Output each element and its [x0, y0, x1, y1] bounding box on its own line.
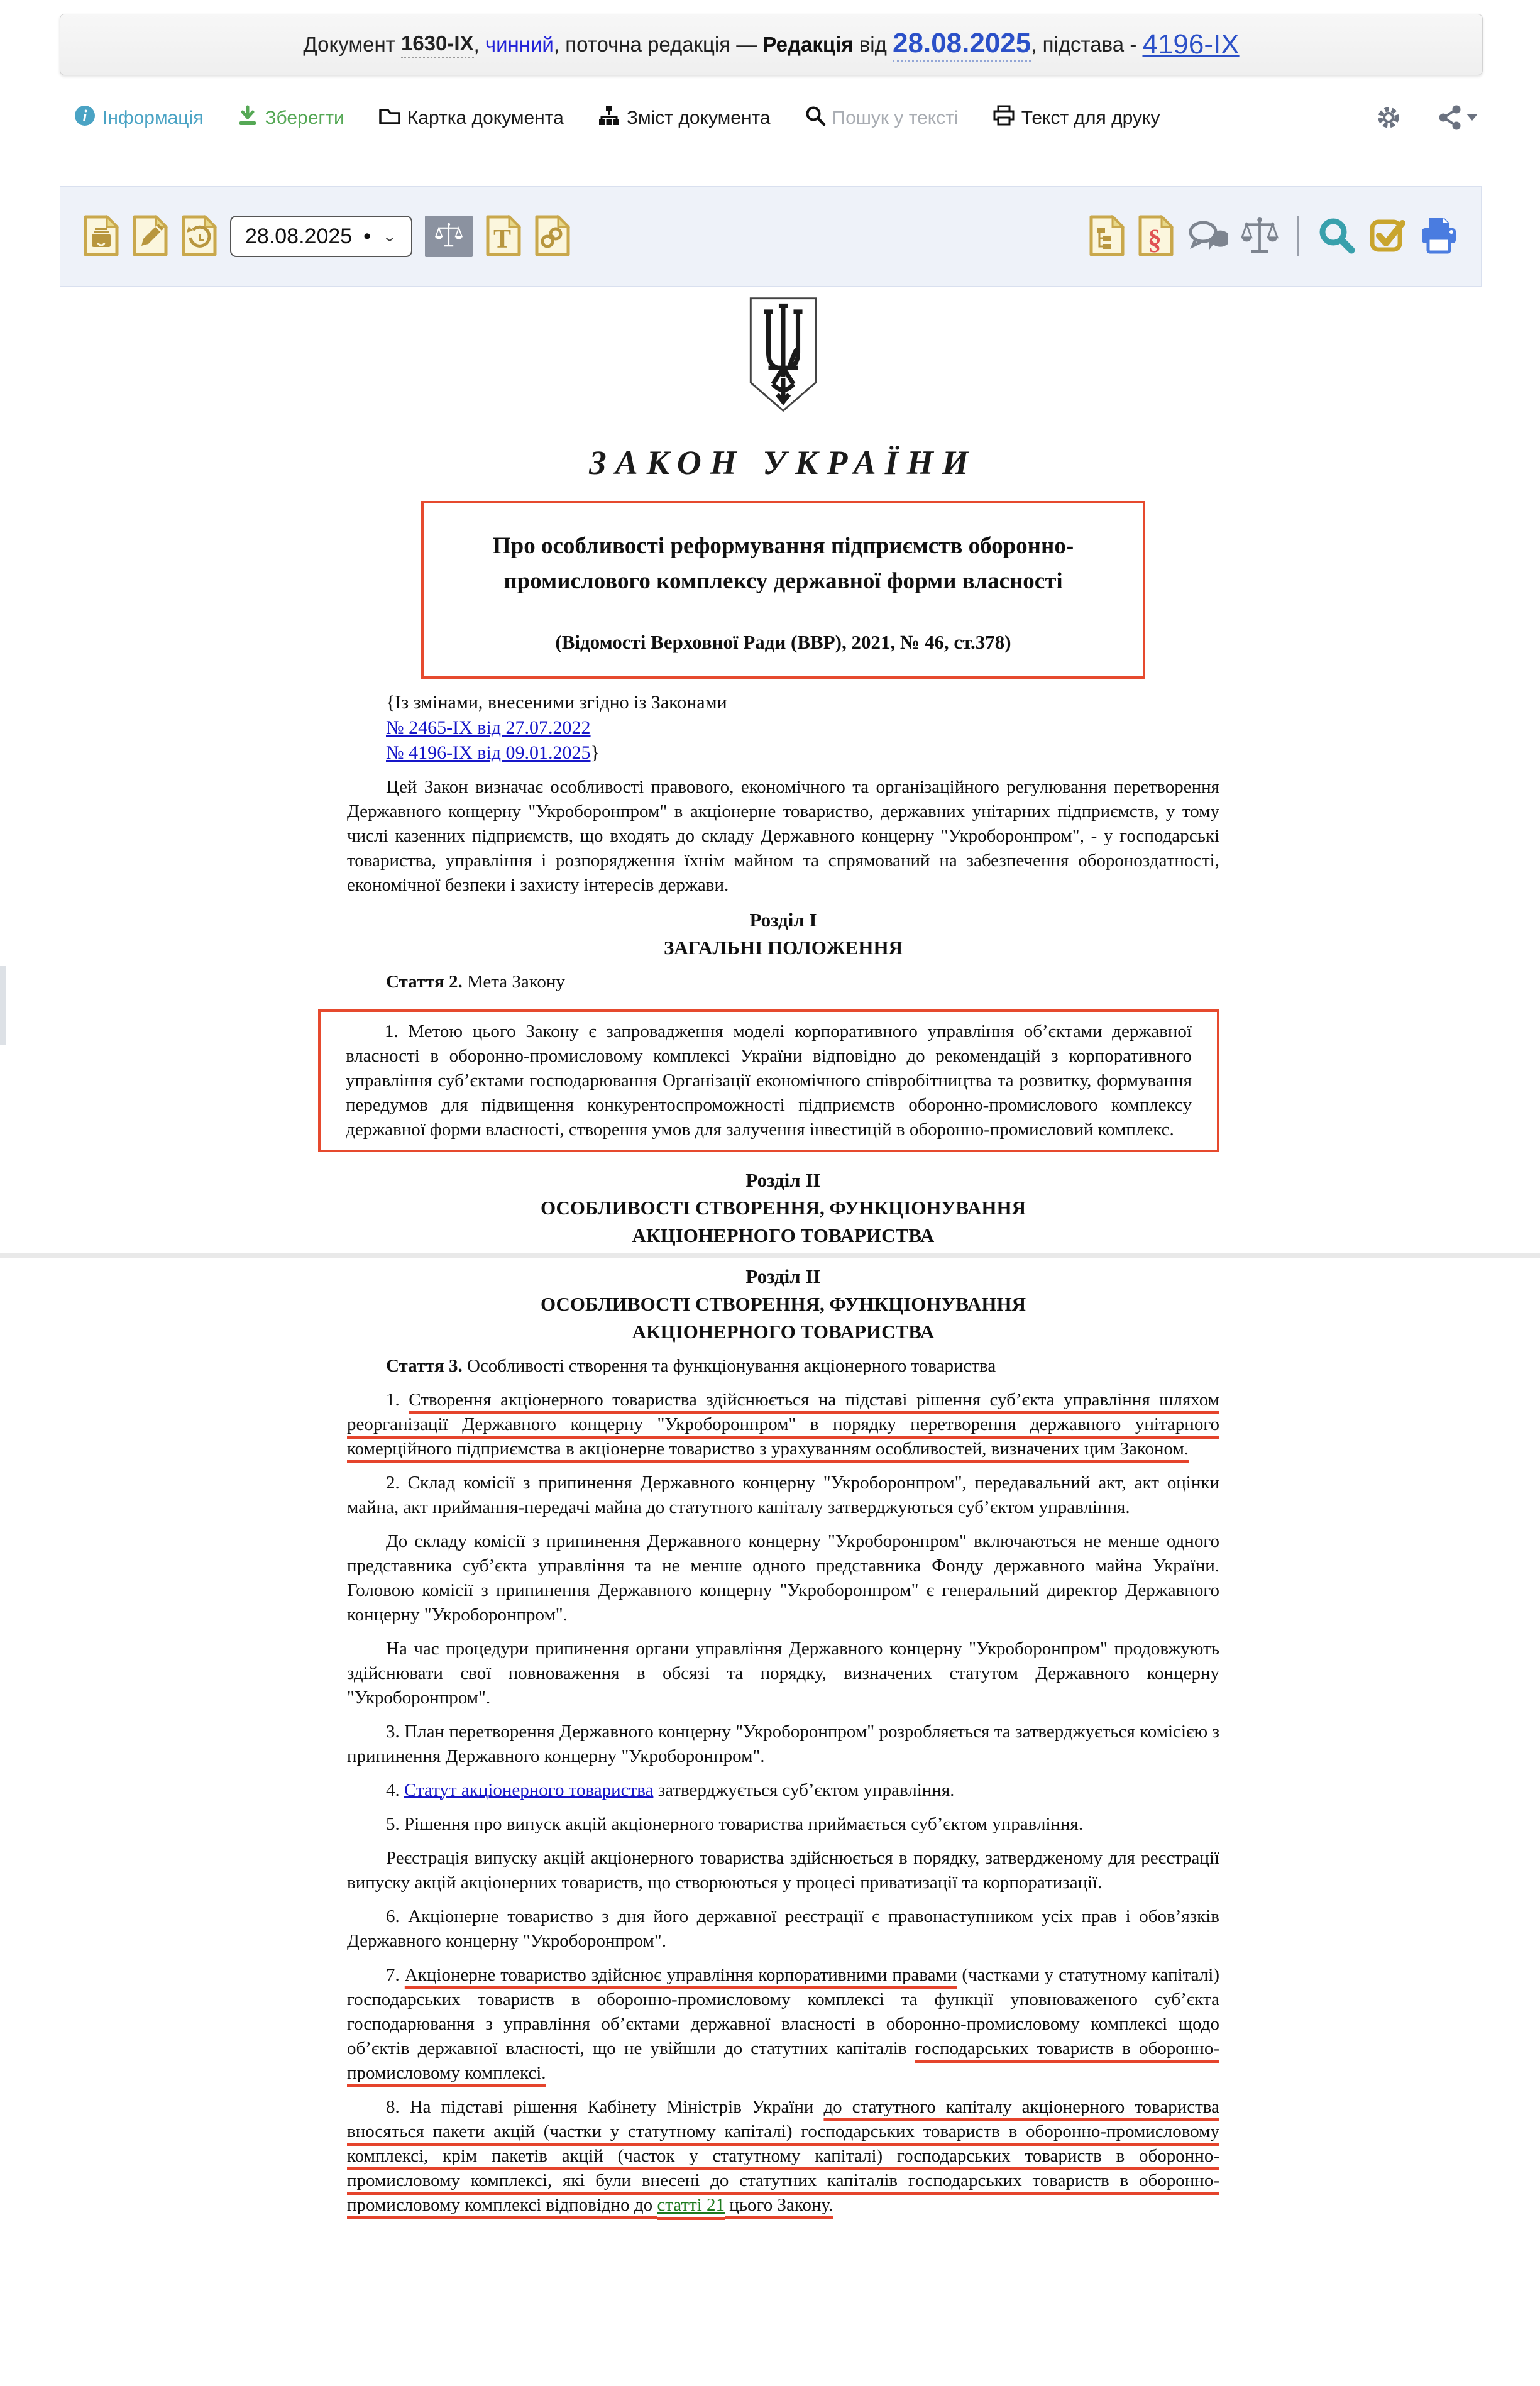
basis-document-link[interactable]: 4196-IX — [1142, 29, 1239, 60]
amendments-intro: {Із змінами, внесеними згідно із Законам… — [347, 690, 1219, 715]
document-history-icon — [181, 215, 217, 258]
text-segment: затверджується суб’єктом управління. — [653, 1780, 954, 1800]
text-segment: Стаття 3. — [386, 1356, 463, 1376]
document-link-button[interactable] — [534, 215, 571, 258]
highlighted-paragraph-box: 1. Метою цього Закону є запровадження мо… — [318, 1009, 1219, 1152]
scrollbar-remnant[interactable] — [0, 966, 6, 1045]
text-segment: На час процедури припинення органи управ… — [347, 1639, 1219, 1708]
document-number[interactable]: 1630-IX — [401, 31, 474, 58]
text-segment: Розділ I — [749, 909, 817, 931]
document-card-button[interactable]: Картка документа — [378, 105, 564, 131]
paragraph: 3. План перетворення Державного концерну… — [347, 1720, 1219, 1769]
ukraine-trident-icon — [746, 405, 820, 416]
document-stamp-icon — [83, 215, 119, 258]
section-heading: ЗАГАЛЬНІ ПОЛОЖЕННЯ — [347, 935, 1219, 960]
amendment-law-link[interactable]: № 2465-IX від 27.07.2022 — [386, 717, 591, 738]
settings-icon — [1375, 104, 1402, 133]
toolbar-right-group: § — [1089, 215, 1458, 258]
document-structure-icon — [1089, 215, 1125, 258]
document-toolbar: 28.08.2025 • ⌄ T § — [60, 186, 1482, 287]
inline-link[interactable]: статті 21 — [657, 2195, 725, 2220]
text-segment: 7. — [386, 1965, 405, 1985]
section-heading: Розділ II — [347, 1167, 1219, 1193]
stitch-seam — [0, 1253, 1540, 1258]
select-mode-button[interactable] — [1369, 217, 1407, 256]
law-title-box: Про особливості реформування підприємств… — [421, 501, 1145, 679]
text-segment: Розділ II — [745, 1265, 820, 1287]
amendments-closing: } — [591, 742, 600, 763]
paragraph: На час процедури припинення органи управ… — [347, 1637, 1219, 1710]
share-button[interactable] — [1436, 104, 1482, 133]
paragraph: Реєстрація випуску акцій акціонерного то… — [347, 1846, 1219, 1895]
document-contents-button[interactable]: Зміст документа — [598, 104, 771, 132]
document-status-bar: Документ 1630-IX, чинний, поточна редакц… — [60, 14, 1483, 75]
document-view: ЗАКОН УКРАЇНИ Про особливості реформуван… — [347, 295, 1219, 2227]
text-segment: Особливості створення та функціонування … — [463, 1356, 996, 1376]
share-icon — [1436, 104, 1482, 133]
law-text-body: Цей Закон визначає особливості правового… — [347, 775, 1219, 2218]
paragraph: 7. Акціонерне товариство здійснює управл… — [347, 1963, 1219, 2086]
text-segment: Реєстрація випуску акцій акціонерного то… — [347, 1848, 1219, 1893]
document-text-button[interactable]: T — [485, 215, 522, 258]
search-in-document-button[interactable] — [1317, 216, 1356, 257]
text-segment: Створення акціонерного товариства здійсн… — [347, 1390, 1219, 1459]
text-segment: Стаття 2. — [386, 972, 463, 992]
document-edit-icon — [132, 215, 168, 258]
law-type-heading: ЗАКОН УКРАЇНИ — [347, 443, 1219, 482]
print-button[interactable] — [1419, 217, 1458, 256]
scales-stand-icon — [1241, 215, 1279, 258]
inline-link[interactable]: Статут акціонерного товариства — [404, 1780, 653, 1800]
search-icon — [805, 105, 826, 131]
menu-bar: i Інформація Зберегти Картка документа З… — [60, 93, 1482, 143]
text-search-button[interactable]: Пошук у тексті — [805, 105, 959, 131]
document-paragraph-button[interactable]: § — [1138, 215, 1174, 258]
download-icon — [237, 105, 258, 131]
document-status-link[interactable]: чинний — [485, 33, 554, 57]
printer-icon — [993, 105, 1015, 131]
text-segment: Цей Закон визначає особливості правового… — [347, 777, 1219, 895]
text-segment: До складу комісії з припинення Державног… — [347, 1531, 1219, 1625]
sitemap-icon — [598, 104, 620, 132]
text-segment: 1. — [386, 1390, 409, 1410]
text-segment: 4. — [386, 1780, 404, 1800]
svg-text:§: § — [1148, 224, 1162, 255]
info-button[interactable]: i Інформація — [74, 104, 203, 132]
compare-editions-button-active[interactable] — [425, 216, 473, 257]
edition-date-select[interactable]: 28.08.2025 • ⌄ — [230, 216, 412, 257]
section-heading: Розділ I — [347, 907, 1219, 933]
document-link-icon — [534, 215, 571, 258]
document-text-icon: T — [485, 215, 522, 258]
print-blue-icon — [1419, 217, 1458, 256]
law-title: Про особливості реформування підприємств… — [456, 529, 1110, 598]
comments-button[interactable] — [1187, 217, 1228, 256]
document-history-button[interactable] — [181, 215, 217, 258]
paragraph: 5. Рішення про випуск акцій акціонерного… — [347, 1812, 1219, 1837]
chevron-down-icon: ⌄ — [382, 228, 397, 245]
section-heading: АКЦІОНЕРНОГО ТОВАРИСТВА — [347, 1319, 1219, 1344]
svg-text:i: i — [82, 107, 87, 125]
svg-text:T: T — [493, 225, 511, 254]
text-segment: Мета Закону — [463, 972, 565, 992]
amendments-note: {Із змінами, внесеними згідно із Законам… — [347, 690, 1219, 766]
paragraph: До складу комісії з припинення Державног… — [347, 1529, 1219, 1627]
scales-icon — [434, 221, 463, 252]
text-segment: ЗАГАЛЬНІ ПОЛОЖЕННЯ — [664, 937, 903, 959]
coat-of-arms — [347, 295, 1219, 417]
document-paragraph-icon: § — [1138, 215, 1174, 258]
document-structure-button[interactable] — [1089, 215, 1125, 258]
paragraph: 4. Статут акціонерного товариства затвер… — [347, 1778, 1219, 1803]
paragraph: Стаття 3. Особливості створення та функц… — [347, 1354, 1219, 1378]
settings-button[interactable] — [1375, 104, 1402, 133]
edition-date-link[interactable]: 28.08.2025 — [893, 28, 1031, 62]
text-segment: 3. План перетворення Державного концерну… — [347, 1722, 1219, 1766]
text-segment: цього Закону. — [725, 2195, 833, 2215]
toolbar-left-group: 28.08.2025 • ⌄ T — [83, 215, 571, 258]
save-button[interactable]: Зберегти — [237, 105, 344, 131]
edition-date-value: 28.08.2025 — [245, 224, 352, 249]
document-edit-button[interactable] — [132, 215, 168, 258]
document-stamp-button[interactable] — [83, 215, 119, 258]
print-text-button[interactable]: Текст для друку — [993, 105, 1160, 131]
text-segment: Розділ II — [745, 1169, 820, 1191]
text-segment: 8. На підставі рішення Кабінету Міністрі… — [386, 2097, 823, 2117]
text-segment: АКЦІОНЕРНОГО ТОВАРИСТВА — [632, 1224, 935, 1246]
search-magnifier-icon — [1317, 216, 1356, 257]
scales-button[interactable] — [1241, 215, 1279, 258]
info-icon: i — [74, 104, 96, 132]
text-segment: ОСОБЛИВОСТІ СТВОРЕННЯ, ФУНКЦІОНУВАННЯ — [541, 1197, 1026, 1219]
paragraph: 2. Склад комісії з припинення Державного… — [347, 1471, 1219, 1520]
checkbox-check-icon — [1369, 217, 1407, 256]
paragraph: Цей Закон визначає особливості правового… — [347, 775, 1219, 898]
text-segment: АКЦІОНЕРНОГО ТОВАРИСТВА — [632, 1321, 935, 1343]
section-heading: Розділ II — [347, 1263, 1219, 1289]
text-segment: 5. Рішення про випуск акцій акціонерного… — [386, 1814, 1083, 1834]
folder-icon — [378, 105, 401, 131]
text-segment: Акціонерне товариство здійснює управлінн… — [405, 1965, 957, 1985]
amendment-law-link[interactable]: № 4196-IX від 09.01.2025 — [386, 742, 591, 763]
text-segment: ОСОБЛИВОСТІ СТВОРЕННЯ, ФУНКЦІОНУВАННЯ — [541, 1293, 1026, 1315]
paragraph: Стаття 2. Мета Закону — [347, 970, 1219, 994]
edition-label: Редакція — [762, 33, 853, 57]
paragraph: 6. Акціонерне товариство з дня його держ… — [347, 1905, 1219, 1954]
paragraph: 8. На підставі рішення Кабінету Міністрі… — [347, 2095, 1219, 2218]
paragraph: 1. Створення акціонерного товариства зді… — [347, 1388, 1219, 1461]
status-prefix: Документ — [303, 33, 401, 57]
comments-icon — [1187, 217, 1228, 256]
text-segment: 6. Акціонерне товариство з дня його держ… — [347, 1906, 1219, 1951]
section-heading: ОСОБЛИВОСТІ СТВОРЕННЯ, ФУНКЦІОНУВАННЯ — [347, 1195, 1219, 1221]
text-segment: 2. Склад комісії з припинення Державного… — [347, 1473, 1219, 1517]
section-heading: ОСОБЛИВОСТІ СТВОРЕННЯ, ФУНКЦІОНУВАННЯ — [347, 1291, 1219, 1317]
toolbar-divider — [1297, 216, 1299, 256]
vvr-reference: (Відомості Верховної Ради (ВВР), 2021, №… — [456, 631, 1110, 654]
date-bullet: • — [363, 224, 371, 249]
text-segment: 1. Метою цього Закону є запровадження мо… — [346, 1021, 1192, 1140]
section-heading: АКЦІОНЕРНОГО ТОВАРИСТВА — [347, 1223, 1219, 1248]
